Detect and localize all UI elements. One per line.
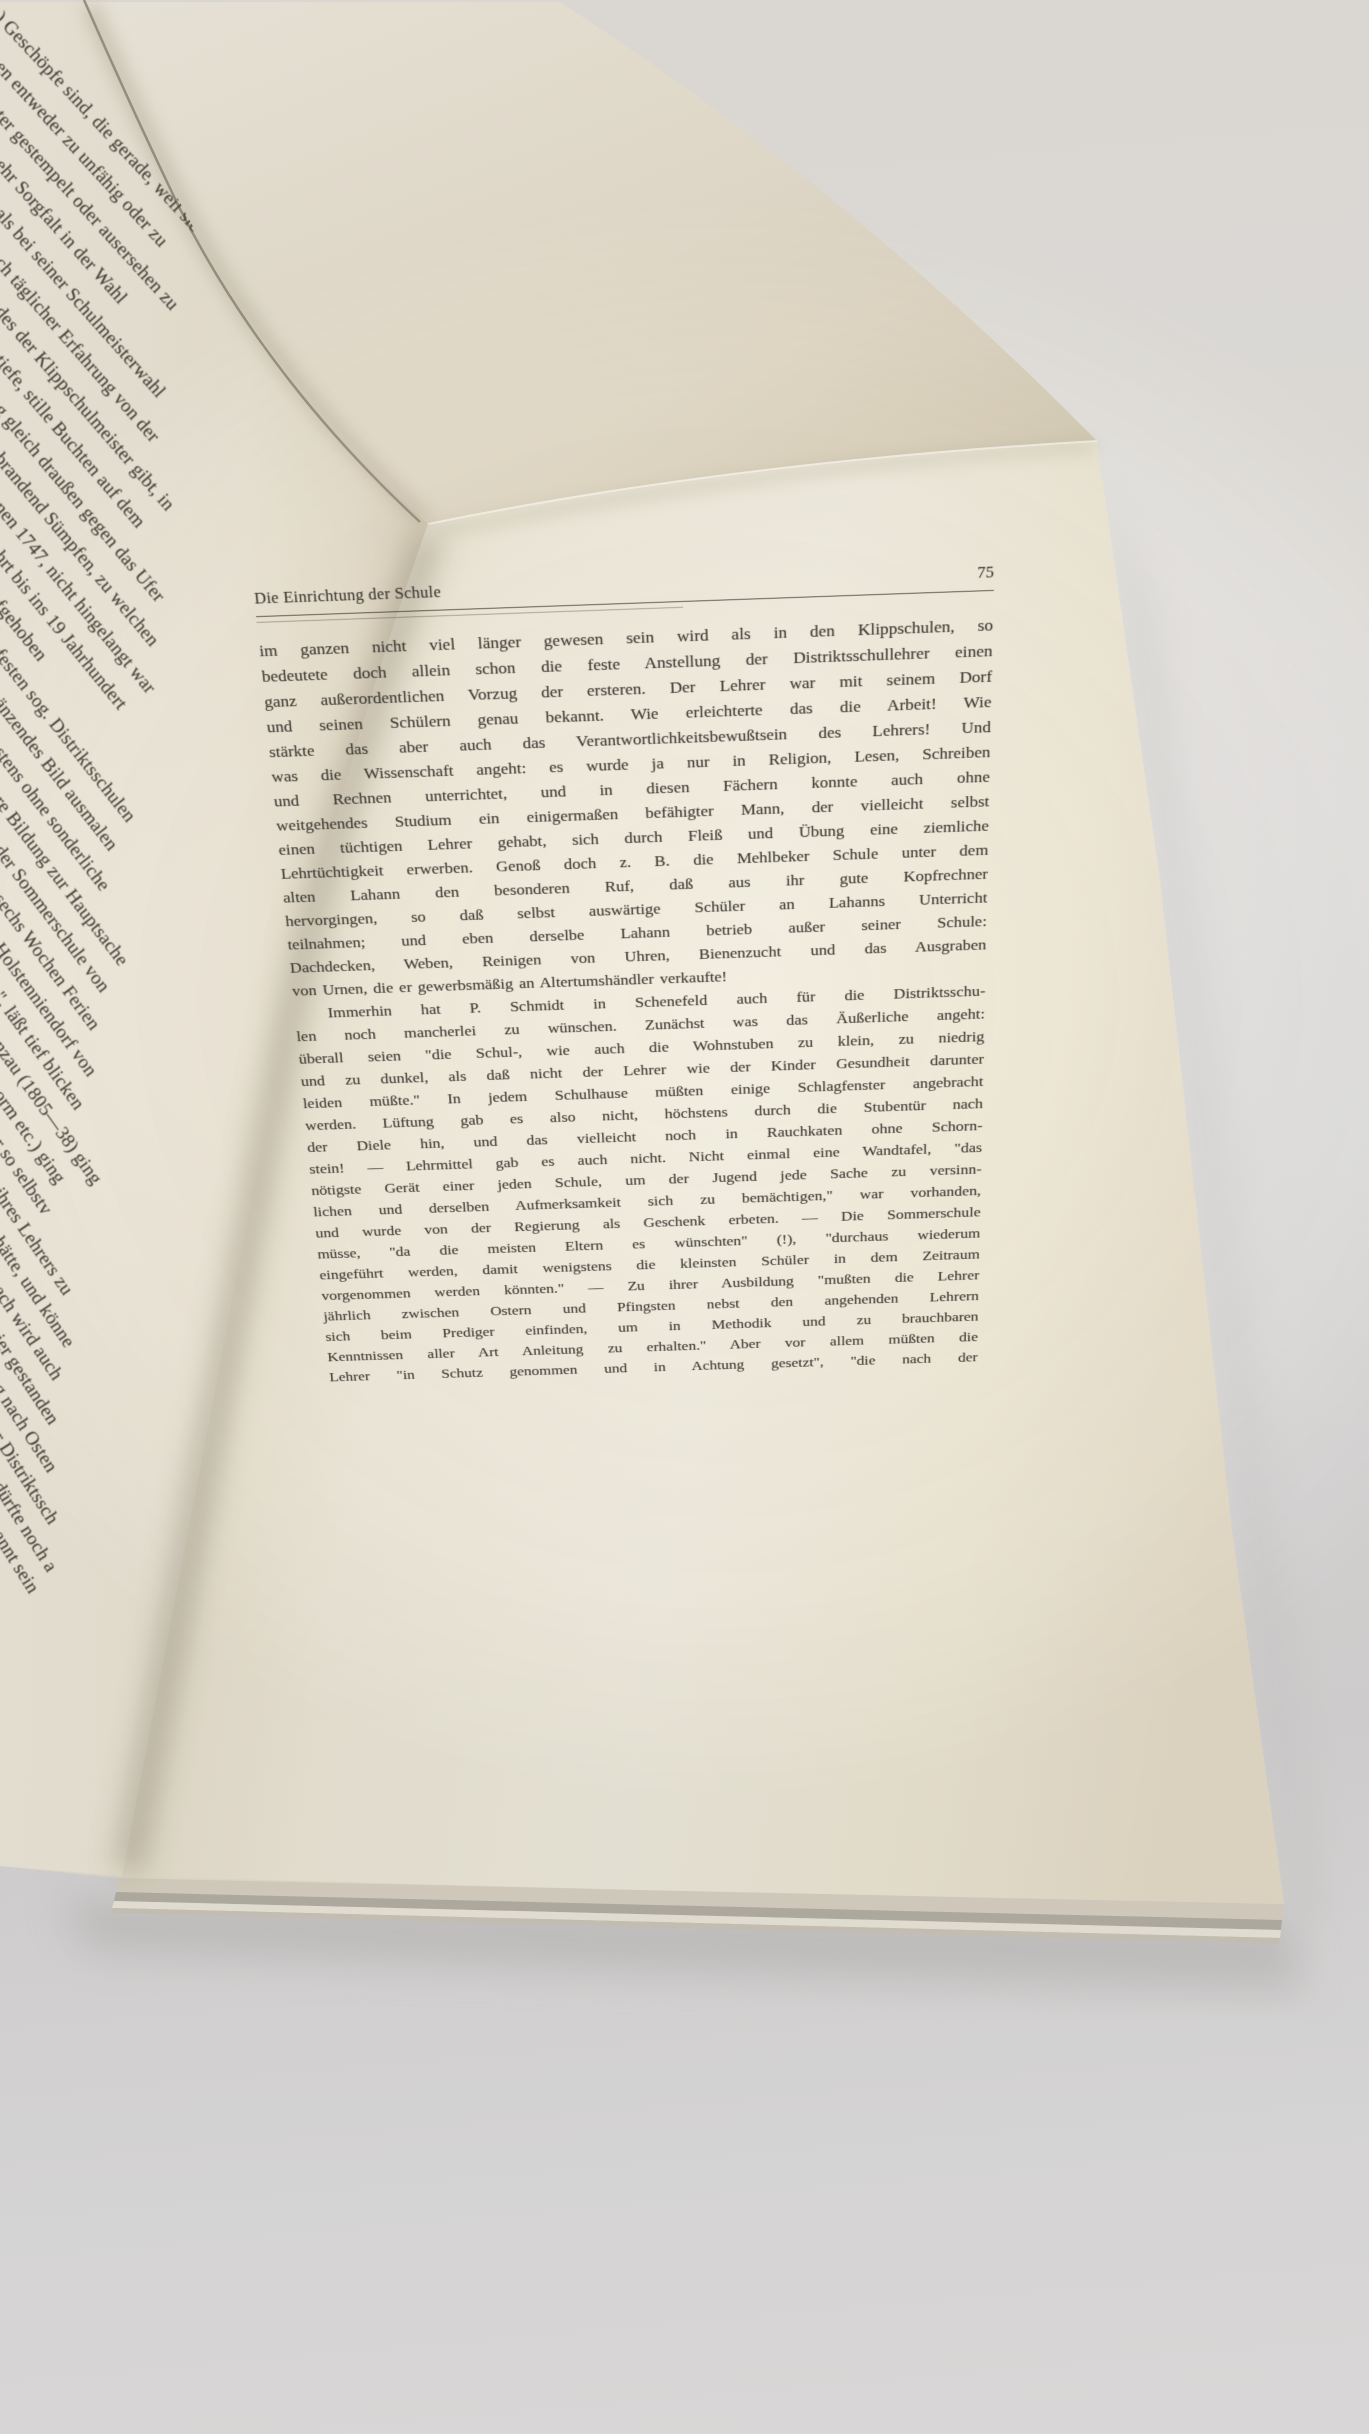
page-number: 75 [977, 559, 995, 586]
paragraph: im ganzen nicht viel länger gewesen sein… [258, 612, 993, 1002]
page-text-block: Die Einrichtung der Schule 75 im ganzen … [253, 559, 995, 1388]
book-photo: { "page": { "header": { "title": "Die Ei… [0, 0, 1369, 2434]
page-title: Die Einrichtung der Schule [253, 579, 442, 612]
paragraph: Immerhin hat P. Schmidt in Schenefeld au… [293, 979, 985, 1387]
